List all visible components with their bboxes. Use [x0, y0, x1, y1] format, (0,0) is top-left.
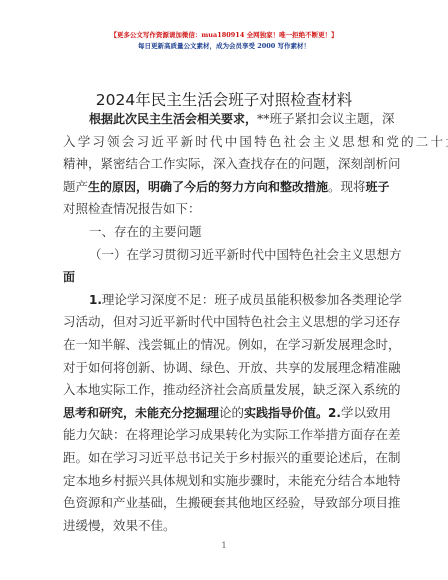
item-1-line-5: 入本地实际工作，推动经济社会高质量发展，缺乏深入系统的: [63, 379, 385, 402]
item-1-line-2: 习活动，但对习近平新时代中国特色社会主义思想的学习还存: [63, 311, 385, 334]
item-number: 1.: [89, 293, 102, 307]
intro-line-1: 根据此次民主生活会相关要求，**班子紧扣会议主题，深: [63, 108, 385, 131]
item-text: 论的: [219, 405, 244, 420]
intro-line-3: 精神，紧密结合工作实际，深入查找存在的问题，深刻剖析问: [63, 153, 385, 176]
item-1-line-6: 思考和研究，未能充分挖掘理论的实践指导价值。2.学以致用: [63, 402, 385, 425]
intro-bold-lead: 根据此次民主生活会相关要求，: [89, 112, 257, 126]
page-number: 1: [0, 541, 448, 550]
item-text: 学以致用: [341, 405, 391, 420]
item-1-line-4: 对于如何将创新、协调、绿色、开放、共享的发展理念精准融: [63, 357, 385, 380]
intro-text: 。现将: [328, 179, 366, 194]
intro-line-2: 入学习领会习近平新时代中国特色社会主义思想和党的二十大: [63, 131, 415, 154]
item-2-line-4: 色资源和产业基础，生搬硬套其他地区经验，导致部分项目推: [63, 492, 385, 515]
intro-text: **班子紧扣会议主题，深: [257, 111, 395, 126]
promo-banner-line-2: 每日更新高质量公文素材，成为会员享受 2000 写作素材！: [0, 41, 448, 50]
item-bold-text: 实践指导价值。2.: [244, 406, 341, 420]
item-2-line-2: 距。如在学习习近平总书记关于乡村振兴的重要论述后，在制: [63, 447, 385, 470]
item-1-line-3: 在一知半解、浅尝辄止的情况。例如，在学习新发展理念时，: [63, 334, 385, 357]
promo-banner-line-1: 【更多公文写作资源请加微信：mua180914 全网独家！唯一拒绝不断更！】: [0, 30, 448, 39]
intro-line-4: 题产生的原因，明确了今后的努力方向和整改措施。现将班子: [63, 176, 385, 199]
item-1-line-1: 1.理论学习深度不足：班子成员虽能积极参加各类理论学: [63, 289, 385, 312]
subsection-heading: （一）在学习贯彻习近平新时代中国特色社会主义思想方: [63, 244, 385, 267]
intro-bold-text: 班子: [366, 180, 390, 194]
subsection-heading-cont: 面: [63, 266, 385, 289]
intro-line-5: 对照检查情况报告如下：: [63, 198, 385, 221]
item-text: 理论学习深度不足：班子成员虽能积极参加各类理论学: [102, 292, 402, 307]
item-bold-text: 思考和研究，未能充分挖掘理: [63, 406, 219, 420]
intro-bold-text: 生的原因，明确了今后的努力方向和整改措施: [88, 180, 328, 194]
document-title: 2024年民主生活会班子对照检查材料: [0, 88, 448, 110]
document-body: 根据此次民主生活会相关要求，**班子紧扣会议主题，深 入学习领会习近平新时代中国…: [63, 108, 385, 537]
item-2-line-1: 能力欠缺：在将理论学习成果转化为实际工作举措方面存在差: [63, 424, 385, 447]
intro-text: 题产: [63, 179, 88, 194]
section-heading: 一、存在的主要问题: [63, 221, 385, 244]
item-2-line-5: 进缓慢，效果不佳。: [63, 515, 385, 538]
item-2-line-3: 定本地乡村振兴具体规划和实施步骤时，未能充分结合本地特: [63, 470, 385, 493]
